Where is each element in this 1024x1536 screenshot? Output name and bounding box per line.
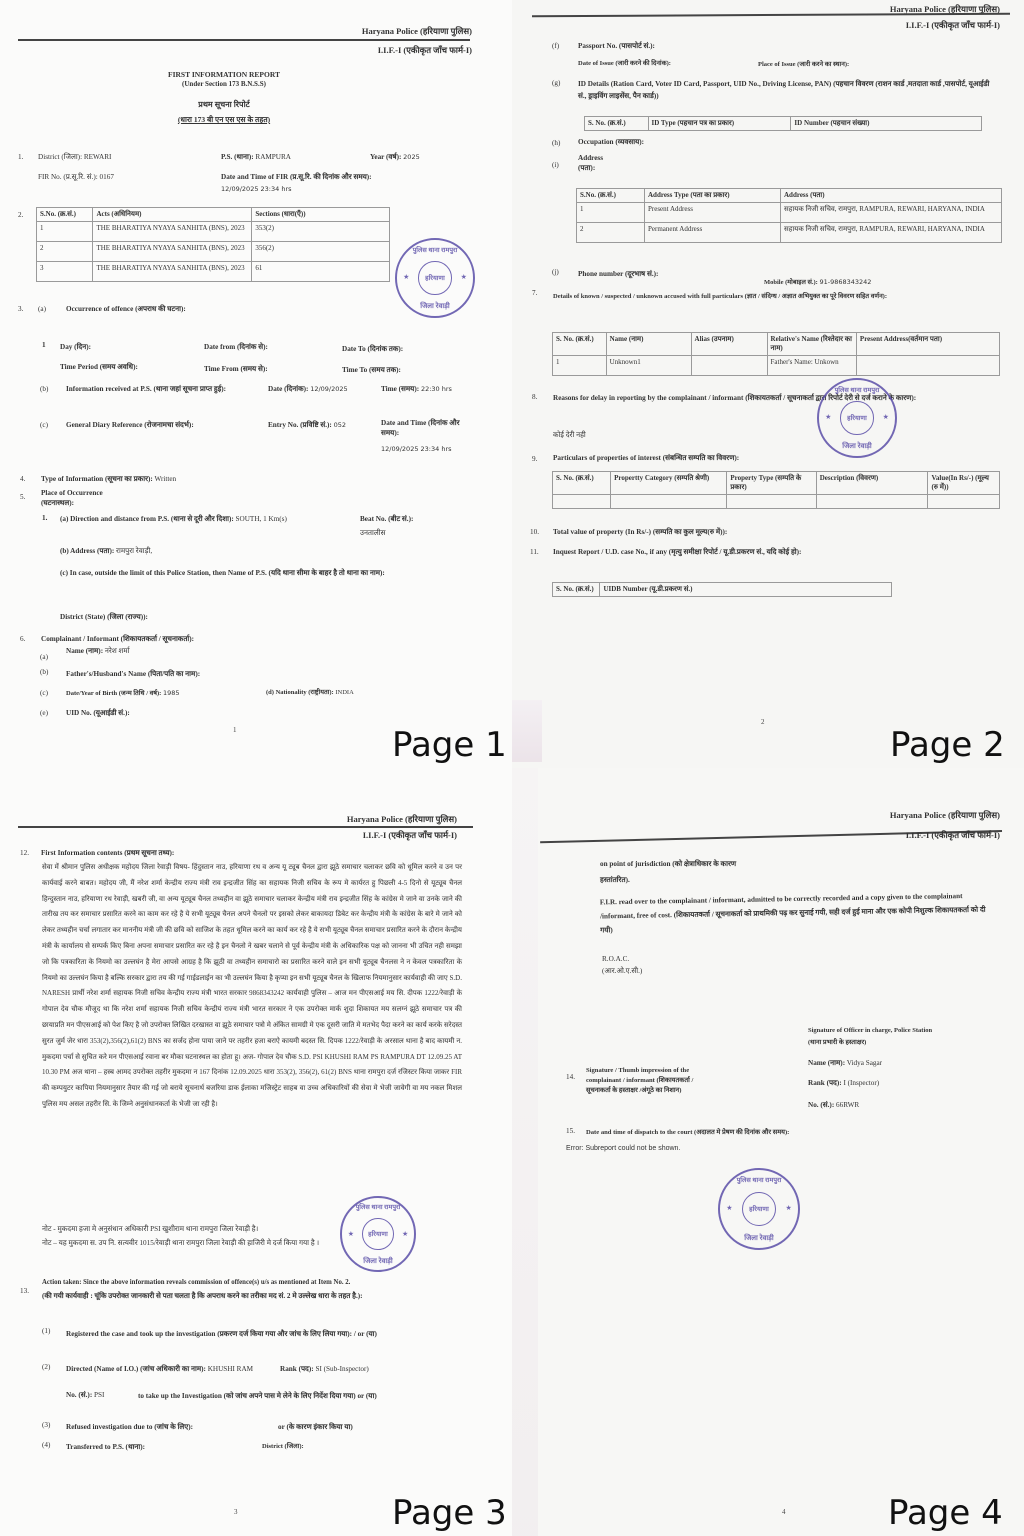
table-cell: 1 (577, 203, 645, 223)
table-cell (691, 356, 767, 376)
page-1: Haryana Police (हरियाणा पुलिस) I.I.F.-I … (0, 0, 512, 768)
delay-reason: कोई देरी नही (553, 430, 586, 440)
column-header: Relative's Name (रिश्तेदार का नाम) (767, 333, 856, 356)
header-rule (18, 826, 473, 828)
page-number: 2 (761, 718, 765, 726)
column-header: S.No. (क्र.सं.) (37, 208, 93, 222)
passport-label: Passport No. (पासपोर्ट सं.): (578, 41, 655, 51)
occurrence-address: रामपुरा रेवाड़ी, (116, 547, 152, 555)
io-rank: SI (Sub-Inspector) (315, 1365, 368, 1373)
table-cell: 353(2) (252, 222, 390, 242)
column-header: Alias (उपनाम) (691, 333, 767, 356)
table-row: 1Unknown1Father's Name: Unkown (553, 356, 1000, 376)
table-cell: 3 (37, 262, 93, 282)
table-row: 2THE BHARATIYA NYAYA SANHITA (BNS), 2023… (37, 242, 390, 262)
page-label: Page 1 (392, 728, 507, 762)
police-stamp: पुलिस थाना रामपुराहरियाणा ★★जिला रेवाड़ी (340, 1196, 416, 1272)
address-table: S.No. (क्र.सं.)Address Type (पता का प्रक… (576, 188, 1002, 243)
note-2: नोट – यह मुकदमा स. उप नि. सत्यवीर 1015/र… (42, 1238, 319, 1248)
occupation-label: Occupation (व्यवसाय): (578, 137, 644, 147)
subreport-error: Error: Subreport could not be shown. (566, 1144, 680, 1154)
column-header: Property Type (सम्पति के प्रकार) (727, 472, 816, 495)
page-label: Page 4 (888, 1496, 1003, 1530)
column-header: S. No. (क्र.सं.) (585, 117, 649, 131)
page-2: Haryana Police (हरियाणा पुलिस) I.I.F.-I … (512, 0, 1024, 768)
table-header: S. No. (क्र.सं.)Name (नाम)Alias (उपनाम)R… (553, 333, 1000, 356)
page-number: 4 (782, 1508, 786, 1516)
fir-number-field: FIR No. (प्र.सू.रि. सं.): 0167 (38, 172, 114, 182)
table-cell: Father's Name: Unkown (767, 356, 856, 376)
table-cell: THE BHARATIYA NYAYA SANHITA (BNS), 2023 (93, 242, 252, 262)
mobile-field: Mobile (मोबाइल सं.): 91-9868343242 (764, 277, 871, 288)
column-header: Value(In Rs/-) (मूल्य (रु में)) (928, 472, 1000, 495)
ud-case-table: S. No. (क्र.सं.)UIDB Number (यू.डी.प्रकर… (552, 582, 892, 597)
info-type-field: Type of Information (सूचना का प्रकार): W… (41, 474, 176, 484)
column-header: Address (पता) (781, 189, 1002, 203)
form-name: I.I.F.-I (एकीकृत जाँच फार्म-I) (906, 830, 1000, 841)
table-cell: 356(2) (252, 242, 390, 262)
page-number: 1 (233, 726, 237, 734)
occurrence-label: Occurrence of offence (अपराध की घटना): (66, 304, 206, 314)
table-cell: THE BHARATIYA NYAYA SANHITA (BNS), 2023 (93, 222, 252, 242)
info-received-time: 22:30 hrs (421, 385, 452, 393)
column-header: Name (नाम) (606, 333, 691, 356)
column-header: S.No. (क्र.सं.) (577, 189, 645, 203)
column-header: Address Type (पता का प्रकार) (645, 189, 781, 203)
column-header: Present Address(वर्तमान पता) (856, 333, 999, 356)
table-header: S. No. (क्र.सं.)ID Type (पहचान पत्र का प… (585, 117, 982, 131)
column-header: ID Type (पहचान पत्र का प्रकार) (648, 117, 791, 131)
column-header: S. No. (क्र.सं.) (553, 333, 607, 356)
table-cell: 1 (553, 356, 607, 376)
page-label: Page 3 (392, 1496, 507, 1530)
property-table: S. No. (क्र.सं.)Propertty Category (सम्प… (552, 471, 1000, 509)
table-row: 3THE BHARATIYA NYAYA SANHITA (BNS), 2023… (37, 262, 390, 282)
page-label: Page 2 (890, 728, 1005, 762)
id-details-label: ID Details (Ration Card, Voter ID Card, … (578, 78, 998, 102)
table-cell: 2 (577, 223, 645, 243)
police-stamp: पुलिस थाना रामपुराहरियाणा ★★जिला रेवाड़ी (395, 238, 475, 318)
officer-rank: Rank (पद): I (Inspector) (808, 1078, 879, 1088)
form-name: I.I.F.-I (एकीकृत जाँच फार्म-I) (378, 42, 472, 56)
entry-number: 052 (334, 421, 346, 429)
table-row (553, 495, 1000, 509)
officer-name: Name (नाम): Vidya Sagar (808, 1058, 882, 1068)
page-number: 3 (234, 1508, 238, 1516)
fir-datetime: 12/09/2025 23:34 hrs (221, 184, 292, 194)
first-information-contents: सेवा में श्रीमान पुलिस अधीक्षक महोदय जिल… (42, 860, 462, 1113)
table-cell: 61 (252, 262, 390, 282)
info-received-label: Information received at P.S. (थाना जहां … (66, 384, 256, 394)
table-row: 1Present Addressसहायक निजी सचिव, रामपुरा… (577, 203, 1002, 223)
column-header: S. No. (क्र.सं.) (553, 583, 600, 597)
table-cell: Unknown1 (606, 356, 691, 376)
beat-number: उनतालीस (360, 528, 385, 538)
column-header: Description (विवरण) (816, 472, 928, 495)
report-subtitle: (Under Section 173 B.N.S.S) (0, 79, 480, 89)
column-header: S. No. (क्र.सं.) (553, 472, 611, 495)
page-3: Haryana Police (हरियाणा पुलिस) I.I.F.-I … (0, 768, 512, 1536)
table-header: S. No. (क्र.सं.)UIDB Number (यू.डी.प्रकर… (553, 583, 892, 597)
page-header: Haryana Police (हरियाणा पुलिस) (362, 26, 472, 40)
gd-reference-label: General Diary Reference (रोजनामचा संदर्भ… (66, 420, 216, 430)
report-title-hindi: प्रथम सूचना रिपोर्ट (0, 100, 480, 110)
io-number: PSI (94, 1391, 104, 1399)
header-rule (18, 39, 470, 41)
table-cell: Permanent Address (645, 223, 781, 243)
officer-number: No. (सं.): 66RWR (808, 1100, 859, 1110)
table-row: 2Permanent Addressसहायक निजी सचिव, रामपु… (577, 223, 1002, 243)
table-cell: सहायक निजी सचिव, रामपुरा, RAMPURA, REWAR… (781, 223, 1002, 243)
police-stamp: पुलिस थाना रामपुराहरियाणा ★★जिला रेवाड़ी (718, 1168, 800, 1250)
column-header: ID Number (पहचान संख्या) (791, 117, 982, 131)
table-cell: सहायक निजी सचिव, रामपुरा, RAMPURA, REWAR… (781, 203, 1002, 223)
police-stamp: पुलिस थाना रामपुराहरियाणा ★★जिला रेवाड़ी (817, 378, 897, 458)
note-1: नोट - मुकदमा हजा मे अनुसंधान अधिकारी PSI… (42, 1224, 258, 1234)
id-table: S. No. (क्र.सं.)ID Type (पहचान पत्र का प… (584, 116, 982, 131)
nationality-field: (d) Nationality (राष्ट्रीयता): INDIA (266, 688, 354, 698)
report-subtitle-hindi: (धारा 173 बी एन एस एस के तहत) (0, 115, 480, 125)
dob-field: Date/Year of Birth (जन्म तिथि / वर्ष): 1… (66, 688, 180, 699)
year-field: Year (वर्ष): 2025 (370, 152, 420, 162)
column-header: Sections (धारा(एँ)) (252, 208, 390, 222)
form-name: I.I.F.-I (एकीकृत जाँच फार्म-I) (363, 830, 457, 841)
table-cell: THE BHARATIYA NYAYA SANHITA (BNS), 2023 (93, 262, 252, 282)
accused-table: S. No. (क्र.सं.)Name (नाम)Alias (उपनाम)R… (552, 332, 1000, 376)
info-received-date: 12/09/2025 (310, 385, 347, 393)
column-header: Propertty Category (सम्पति श्रेणी) (611, 472, 727, 495)
jurisdiction-text: on point of jurisdiction (को क्षेत्राधिक… (600, 856, 750, 888)
table-header: S.No. (क्र.सं.)Address Type (पता का प्रक… (577, 189, 1002, 203)
io-name: KHUSHI RAM (208, 1365, 253, 1373)
district-field: District (जिला): REWARI (38, 152, 111, 162)
action-registered: Registered the case and took up the inve… (66, 1328, 436, 1341)
page-4: Haryana Police (हरियाणा पुलिस) I.I.F.-I … (512, 768, 1024, 1536)
fir-read-over-text: F.I.R. read over to the complainant / in… (600, 889, 991, 938)
column-header: Acts (अधिनियम) (93, 208, 252, 222)
direction-distance: SOUTH, 1 Km(s) (236, 515, 287, 523)
table-cell: 1 (37, 222, 93, 242)
table-cell: 2 (37, 242, 93, 262)
complainant-name-field: Name (नाम): नरेश शर्मा (66, 646, 130, 656)
ps-field: P.S. (थाना): RAMPURA (221, 152, 291, 162)
column-header: UIDB Number (यू.डी.प्रकरण सं.) (600, 583, 892, 597)
table-cell: Present Address (645, 203, 781, 223)
acts-table: S.No. (क्र.सं.)Acts (अधिनियम)Sections (ध… (36, 207, 390, 282)
table-row: 1THE BHARATIYA NYAYA SANHITA (BNS), 2023… (37, 222, 390, 242)
table-cell (856, 356, 999, 376)
fir-datetime-label: Date and Time of FIR (प्र.सू.रि. की दिना… (221, 172, 372, 182)
table-header: S.No. (क्र.सं.)Acts (अधिनियम)Sections (ध… (37, 208, 390, 222)
gd-datetime: 12/09/2025 23:34 hrs (381, 444, 461, 454)
form-name: I.I.F.-I (एकीकृत जाँच फार्म-I) (906, 20, 1000, 31)
table-header: S. No. (क्र.सं.)Propertty Category (सम्प… (553, 472, 1000, 495)
complainant-signature-label: Signature / Thumb impression of the comp… (586, 1066, 704, 1096)
